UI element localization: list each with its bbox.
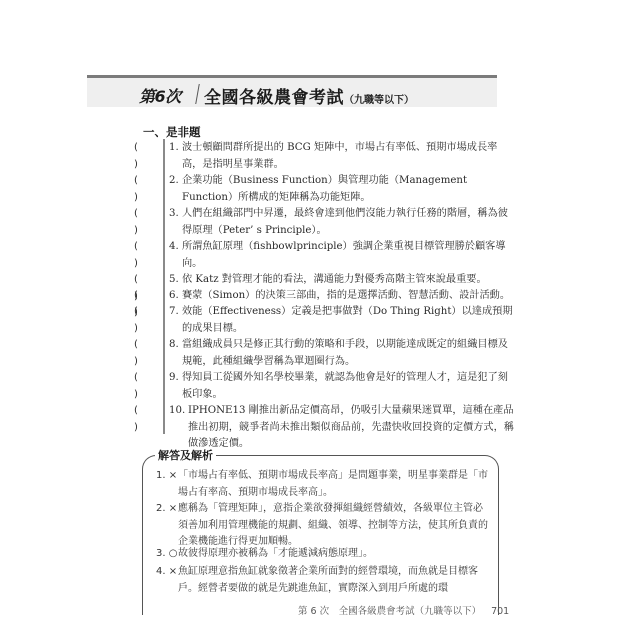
chapter-subtitle: （九職等以下）	[344, 95, 414, 106]
answer-blank[interactable]: ( )	[134, 239, 160, 272]
running-title: 第 6 次 全國各級農會考試（九職等以下）	[298, 606, 481, 617]
answer-number: 2. ×	[156, 501, 177, 518]
question-number: 5.	[169, 272, 179, 289]
question-number: 2.	[169, 173, 179, 190]
question-text: 效能（Effectiveness）定義是把事做對（Do Thing Right）…	[182, 304, 516, 337]
answer-text: 故彼得原理亦被稱為「才能遞減病態原理」。	[178, 546, 492, 563]
answer-blank[interactable]: ( )	[134, 140, 160, 173]
question-text: 所謂魚缸原理（fishbowlprinciple）強調企業重視目標管理勝於顧客導…	[182, 239, 516, 272]
answer-text: 應稱為「管理矩陣」，意指企業欲發揮組織經營績效，各級單位主管必須善加利用管理機能…	[178, 501, 492, 551]
answer-box-label: 解答及解析	[155, 447, 216, 463]
question-text: IPHONE13 剛推出新品定價高昂，仍吸引大量蘋果迷買單，這種在產品推出初期，…	[188, 403, 516, 453]
answer-blank[interactable]: ( )	[134, 173, 160, 206]
question-number: 7.	[169, 304, 179, 321]
question-text: 企業功能（Business Function）與管理功能（Management …	[182, 173, 516, 206]
question-number: 6.	[169, 288, 179, 305]
question-text: 賽蒙（Simon）的決策三部曲，指的是選擇活動、智慧活動、設計活動。	[182, 288, 516, 305]
question-number: 10.	[169, 403, 185, 420]
answer-text: 魚缸原理意指魚缸就象徵著企業所面對的經營環境，而魚就是目標客戶。經營者要做的就是…	[178, 564, 492, 597]
question-number: 9.	[169, 370, 179, 387]
answer-blank[interactable]: ( )	[134, 304, 160, 337]
question-text: 波士頓顧問群所提出的 BCG 矩陣中，市場占有率低、預期市場成長率高，是指明星事…	[182, 140, 516, 173]
answer-blank[interactable]: ( )	[134, 403, 160, 436]
question-number: 8.	[169, 337, 179, 354]
question-text: 得知員工從國外知名學校畢業，就認為他會是好的管理人才，這是犯了刻板印象。	[182, 370, 516, 403]
question-text: 人們在組織部門中昇遷，最終會達到他們沒能力執行任務的階層，稱為彼得原理（Pete…	[182, 206, 516, 239]
answer-blank[interactable]: ( )	[134, 337, 160, 370]
page-footer: 第 6 次 全國各級農會考試（九職等以下）701	[298, 603, 509, 617]
question-rule	[163, 139, 165, 434]
chapter-number: 第6次	[139, 84, 181, 107]
answer-number: 3. ○	[156, 546, 177, 563]
question-number: 1.	[169, 140, 179, 157]
question-number: 4.	[169, 239, 179, 256]
question-text: 當組織成員只是修正其行動的策略和手段，以期能達成既定的組織目標及規範，此種組織學…	[182, 337, 516, 370]
answer-blank[interactable]: ( )	[134, 370, 160, 403]
answer-number: 1. ×	[156, 468, 177, 485]
answer-number: 4. ×	[156, 564, 177, 581]
answer-blank[interactable]: ( )	[134, 206, 160, 239]
header-separator	[195, 84, 200, 104]
question-text: 依 Katz 對管理才能的看法，溝通能力對優秀高階主管來說最重要。	[182, 272, 516, 289]
question-number: 3.	[169, 206, 179, 223]
section-title: 一、是非題	[143, 124, 201, 140]
answer-text: 「市場占有率低、預期市場成長率高」是問題事業，明星事業群是「市場占有率高、預期市…	[178, 468, 492, 501]
chapter-title-text: 全國各級農會考試	[204, 88, 344, 108]
chapter-title: 全國各級農會考試（九職等以下）	[204, 83, 414, 108]
page-number: 701	[491, 606, 509, 617]
chapter-header: 第6次 全國各級農會考試（九職等以下）	[87, 75, 497, 107]
